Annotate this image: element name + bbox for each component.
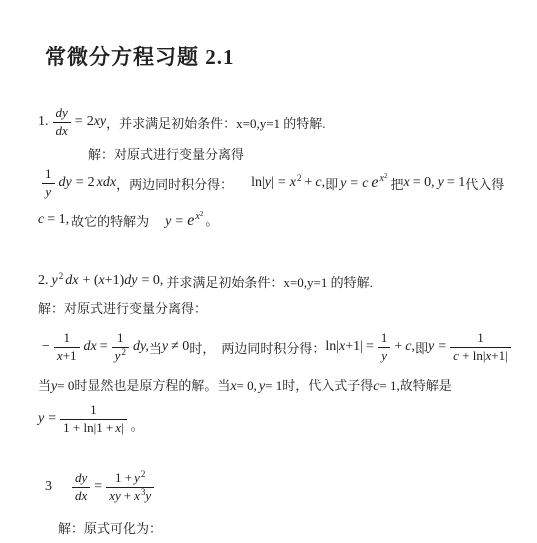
fraction-1-over-1-plus-ln: 11 + ln|1 +x| xyxy=(60,403,127,436)
math-var-y: y xyxy=(162,339,168,354)
eq-sign: = xyxy=(350,176,358,191)
c-equals-1: c= 1, xyxy=(38,212,69,228)
equation-rhs: =2xy xyxy=(75,114,106,130)
y-not-zero: y≠ 0 xyxy=(162,339,189,355)
page-title: 常微分方程习题 2.1 xyxy=(45,41,235,71)
math-dy: dy xyxy=(59,175,72,191)
fraction-denominator: c + ln|x+1| xyxy=(450,348,511,364)
problem2-integration-line: − 1x+1 dx = 1y2 dy, 当 y≠ 0 时， 两边同时积分得： l… xyxy=(42,320,515,374)
problem1-statement: 1. dydx =2xy ，并求满足初始条件：x=0,y=1 的特解. xyxy=(38,101,326,143)
abs-bar: | xyxy=(505,348,508,363)
superscript-3: 3 xyxy=(141,487,146,497)
math-var-e: e xyxy=(371,174,378,191)
time-text: 时， xyxy=(189,338,215,357)
math-var-y: y xyxy=(52,273,58,288)
coefficient-2: 2 xyxy=(87,114,94,129)
problem2-statement: 2. y2dx+ (x+1)dy= 0, 并求满足初始条件：x=0,y=1 的特… xyxy=(38,262,373,300)
superscript-2: 2 xyxy=(59,271,64,281)
problem3-solve-intro: 解：原式可化为： xyxy=(58,518,162,538)
math-xdx: xdx xyxy=(97,175,116,190)
period: 。 xyxy=(131,415,144,434)
math-var-y: y xyxy=(145,488,151,503)
math-dy-comma: dy, xyxy=(133,339,149,355)
eq-sign: = xyxy=(76,175,84,190)
y-equals: y= xyxy=(428,339,446,355)
fraction-numerator: 1 +y2 xyxy=(106,471,154,488)
plus-open-paren: + ( xyxy=(82,273,98,288)
equals-2: =2xdx xyxy=(76,175,116,191)
eq-sign: = xyxy=(100,339,108,355)
math-var-x: x xyxy=(404,175,410,190)
fraction-denominator: y2 xyxy=(112,348,129,364)
eq-sign: = xyxy=(366,339,374,355)
problem1-condition-text: ，并求满足初始条件：x=0,y=1 的特解. xyxy=(106,113,325,132)
superscript-2: 2 xyxy=(141,469,146,479)
integrate-both-sides-text: ，两边同时积分得： xyxy=(116,174,233,193)
math-var-y: y xyxy=(38,411,44,426)
ln-abs-x-plus-1: ln|x+1| xyxy=(325,339,363,355)
math-var-c: c xyxy=(362,176,368,191)
plus-ln: + ln xyxy=(459,348,483,363)
neq-zero: ≠ 0 xyxy=(171,339,189,354)
initial-values: x= 0,y= 1 xyxy=(404,175,466,191)
fraction-numerator: 1 xyxy=(60,403,127,420)
ln-operator: ln xyxy=(251,175,262,190)
fraction-1-y: 1y xyxy=(42,167,55,200)
fraction-denominator: y xyxy=(378,348,391,364)
equals-one-substitute-text: = 1时，代入式子得 xyxy=(265,375,373,394)
eq-sign: = xyxy=(175,214,183,229)
fraction-numerator: 1 xyxy=(54,331,80,348)
fraction-numerator: 1 xyxy=(112,331,129,348)
plus-sign: + xyxy=(304,175,312,190)
substitute-get-text: 代入得 xyxy=(465,174,504,193)
plus-one: +1 xyxy=(491,348,505,363)
when-text: 当 xyxy=(149,338,162,357)
fraction-dy-dx: dydx xyxy=(72,471,90,504)
eq-sign: = xyxy=(278,175,286,191)
one-plus: 1 + xyxy=(115,470,132,485)
equals-one: = 1 xyxy=(447,175,465,190)
fraction-denominator: dx xyxy=(53,123,71,139)
fraction-denominator: x+1 xyxy=(54,348,80,364)
problem3-statement: 3 dydx = 1 +y2xy+x3y xyxy=(45,458,158,516)
problem2-solve-intro: 解：对原式进行变量分离得： xyxy=(38,298,207,318)
y-equals-ce-x2: y=cex2 xyxy=(340,174,387,192)
fraction-1-over-y-squared: 1y2 xyxy=(112,331,129,364)
fraction-rhs: 1 +y2xy+x3y xyxy=(106,471,154,504)
c-equals-1-particular-text: = 1,故特解是 xyxy=(379,375,451,394)
y-equals: y= xyxy=(38,411,56,427)
problem2-equation: y2dx+ (x+1)dy= 0, xyxy=(52,273,164,289)
one-plus: 1 + xyxy=(96,420,113,435)
equals-zero: = 0, xyxy=(413,175,435,190)
math-var-y: y xyxy=(428,339,434,354)
problem3-number: 3 xyxy=(45,479,52,495)
superscript-2: 2 xyxy=(297,173,302,183)
plus-one: +1 xyxy=(63,348,77,363)
equals-one: = 1, xyxy=(47,212,69,227)
eq-sign: = xyxy=(438,339,446,354)
x-squared: x2 xyxy=(290,175,302,191)
exponent-x-squared: x2 xyxy=(380,173,388,184)
ln-operator: ln xyxy=(325,339,336,354)
fraction-numerator: 1 xyxy=(378,331,391,348)
solution-y-e-x2: y=ex2。 xyxy=(165,210,218,230)
fraction-numerator: dy xyxy=(72,471,90,488)
fraction-1-over-x-plus-1: 1x+1 xyxy=(54,331,80,364)
plus-sign: + xyxy=(394,339,402,354)
math-dy: dy xyxy=(124,273,137,288)
equals-zero: = 0, xyxy=(237,378,257,394)
abs-bar: | xyxy=(360,339,363,354)
math-var-y: y xyxy=(438,175,444,190)
math-var-x: x xyxy=(134,488,140,503)
particular-solution-text: 故它的特解为 xyxy=(71,211,149,230)
superscript-2: 2 xyxy=(200,210,204,218)
math-vars-xy: xy xyxy=(94,114,106,129)
math-var-y: y xyxy=(165,214,171,229)
plus-sign: + xyxy=(124,488,131,503)
exponent-x-squared: x2 xyxy=(195,211,203,222)
fraction-numerator: 1 xyxy=(42,167,55,184)
problem2-condition-text: 并求满足初始条件：x=0,y=1 的特解. xyxy=(166,272,372,291)
coefficient-2: 2 xyxy=(88,175,95,190)
equals-zero: = 0, xyxy=(142,273,164,288)
that-is-text: 即 xyxy=(415,338,428,357)
ln-abs-y: ln|y| xyxy=(251,175,274,191)
period: 。 xyxy=(205,213,218,228)
math-var-y: y xyxy=(340,176,346,191)
plus-one-close-paren: +1) xyxy=(105,273,125,288)
fraction-denominator: dx xyxy=(72,488,90,504)
problem1-integration-line: 1y dy =2xdx ，两边同时积分得： ln|y| = x2 +c, 即 y… xyxy=(38,161,504,205)
minus-sign: − xyxy=(42,339,50,355)
eq-sign: = xyxy=(48,411,56,426)
plus-one: +1 xyxy=(345,339,360,354)
integrate-both-sides-text: 两边同时积分得： xyxy=(221,338,325,357)
math-dx: dx xyxy=(65,273,78,288)
zero-solution-text: = 0时显然也是原方程的解。当 xyxy=(57,375,230,394)
problem2-number: 2. xyxy=(38,273,49,289)
that-is-text: 即 xyxy=(325,174,338,193)
eq-sign: = xyxy=(94,479,102,495)
substitute-text: 把 xyxy=(390,174,403,193)
problem1-number: 1. xyxy=(38,114,49,130)
math-var-y: y xyxy=(115,348,121,363)
fraction-1-over-c-plus-ln: 1c + ln|x+1| xyxy=(450,331,511,364)
eq-sign: = xyxy=(75,114,83,129)
fraction-1-over-y: 1y xyxy=(378,331,391,364)
fraction-denominator: xy+x3y xyxy=(106,488,154,504)
plus-c: +c, xyxy=(394,339,415,355)
superscript-2: 2 xyxy=(384,172,388,180)
fraction-denominator: y xyxy=(42,184,55,200)
math-dx: dx xyxy=(84,339,97,355)
math-var-x: x xyxy=(290,175,296,190)
problem2-discussion-line: 当 y = 0时显然也是原方程的解。当 x = 0, y = 1时，代入式子得 … xyxy=(38,375,452,395)
problem2-final-line: y= 11 + ln|1 +x| 。 xyxy=(38,396,144,442)
math-var-c: c xyxy=(38,212,44,227)
fraction-dy-dx: dydx xyxy=(53,106,71,139)
fraction-numerator: 1 xyxy=(450,331,511,348)
when-text: 当 xyxy=(38,375,51,394)
superscript-2: 2 xyxy=(121,347,126,357)
math-var-y: y xyxy=(134,470,140,485)
math-var-e: e xyxy=(187,212,194,229)
solve-label: 解：对原式进行变量分离得： xyxy=(38,298,207,317)
solve-label: 解：原式可化为： xyxy=(58,518,162,537)
document-page: 常微分方程习题 2.1 1. dydx =2xy ，并求满足初始条件：x=0,y… xyxy=(0,0,537,543)
problem1-final-line: c= 1, 故它的特解为 y=ex2。 xyxy=(38,201,218,239)
abs-bar: | xyxy=(121,420,124,435)
plus-c: +c, xyxy=(304,175,325,191)
fraction-denominator: 1 + ln|1 +x| xyxy=(60,420,127,436)
abs-bar: | xyxy=(271,175,274,190)
one-plus-ln: 1 + ln xyxy=(63,420,93,435)
math-vars-xy: xy xyxy=(109,488,121,503)
fraction-numerator: dy xyxy=(53,106,71,123)
